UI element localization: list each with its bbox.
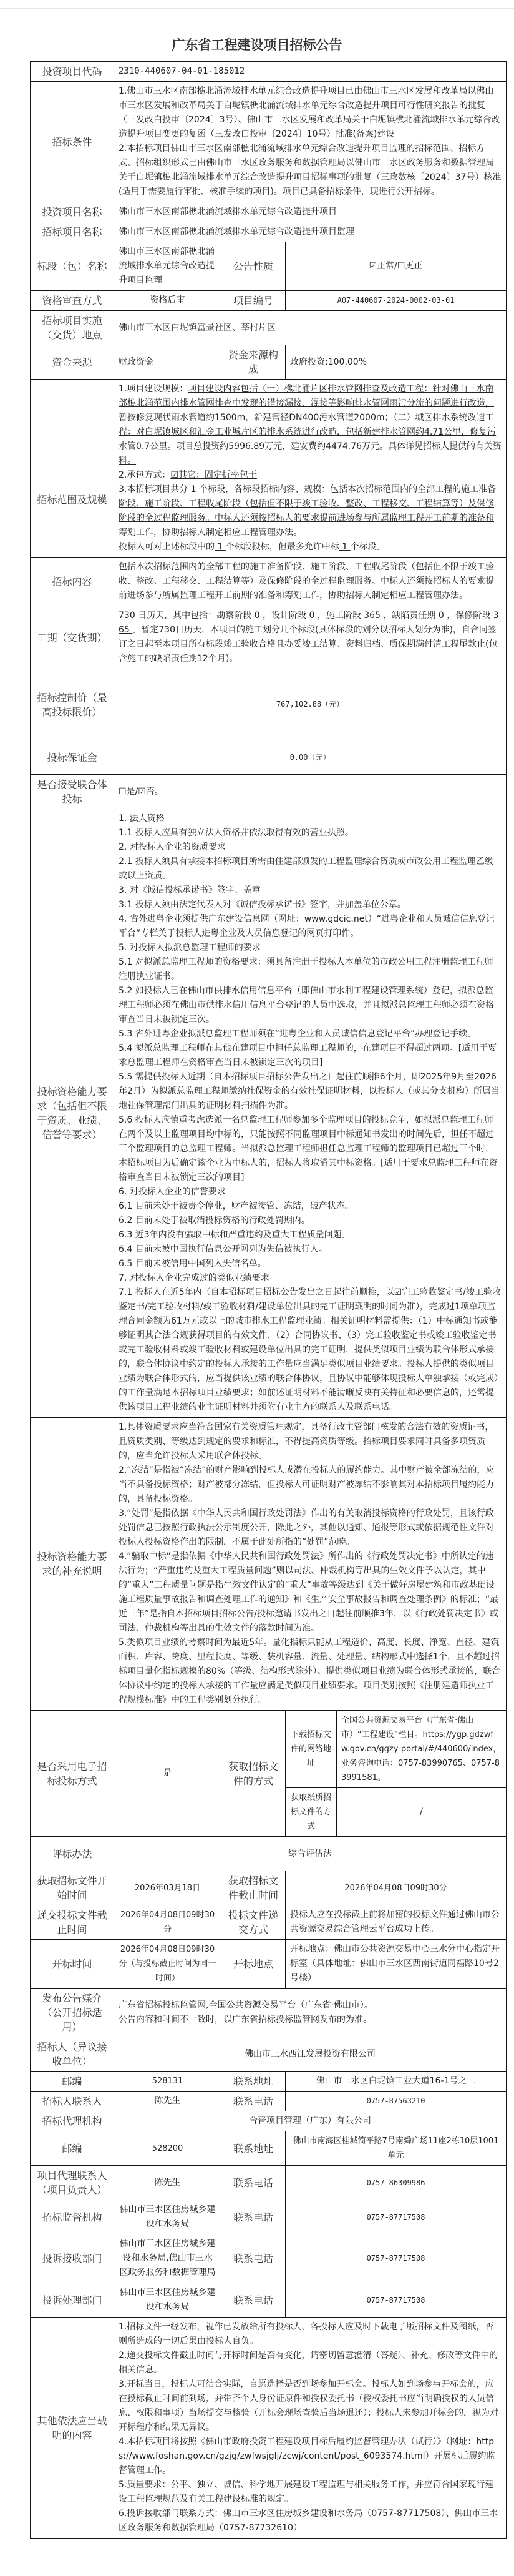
scope-p1: 1.项目建设规模：项目建设内容包括（一）樵北涌片区排水管网排查及改造工程：针对佛… [119, 382, 502, 468]
label-location: 招标项目实施（交货）地点 [31, 311, 114, 345]
label-qualification: 资格审查方式 [31, 291, 114, 311]
req-line: 6.2 目前未处于被取消投标资格的行政处罚期内。 [119, 1214, 502, 1228]
other-line: 2.递交投标文件截止时间与开标时间是否有变化，请密切留意澄清（答疑）、补充、修改… [119, 2349, 502, 2377]
label-duration: 工期（交货期） [31, 606, 114, 669]
value-scope: 1.项目建设规模：项目建设内容包括（一）樵北涌片区排水管网排查及改造工程：针对佛… [114, 380, 507, 558]
label-agency-phone: 联系电话 [221, 2166, 286, 2200]
row-content: 招标内容 包括本次招标范围内的全部工程的施工准备阶段、施工阶段、工程收尾阶段（包… [31, 558, 507, 606]
duration-t4: ，缺陷责任期 [383, 611, 435, 621]
scope-p1-body: 项目建设内容包括（一）樵北涌片区排水管网排查及改造工程：针对佛山三水南部樵北涌范… [119, 384, 502, 466]
value-deposit: 0.00（元） [114, 740, 507, 775]
value-tenderer-address: 佛山市三水区白坭镇工业大道16-1号之三 [286, 2072, 507, 2092]
value-duration: 730 日历天，其中包括：勘察阶段 0 ，设计阶段 0 ，施工阶段 365 ，缺… [114, 606, 507, 669]
value-agency-contact: 陈先生 [114, 2166, 221, 2200]
duration-t5: ，保修阶段 [447, 611, 490, 621]
value-tender-name: 佛山市三水区南部樵北涌流域排水单元综合改造提升项目监理 [114, 222, 507, 242]
value-agency-postcode: 528200 [114, 2131, 221, 2166]
value-complaint-handle: 佛山市三水区住房城乡建设和水务局 [114, 2283, 221, 2318]
scope-p1-prefix: 1.项目建设规模： [119, 384, 188, 394]
scope-p2-body: ☑其它：固定折率包干 [170, 470, 257, 480]
value-requirements: 1. 法人资格 1.1 投标人应具有独立法人资格并依法取得有效的营业执照。 2.… [114, 809, 507, 1418]
scope-p4: 投标人可对上述标段中的 1 个标段投标，但最多允许中标 1 个标段。 [119, 540, 502, 554]
req-line: 1.1 投标人应具有独立法人资格并依法取得有效的营业执照。 [119, 826, 502, 840]
row-supplement: 投标资格能力要求的补充说明 1.具体资质要求应当符合国家有关资质管理规定，具备行… [31, 1418, 507, 1711]
value-other: 1.招标文件一经发布，视作已发放给所有投标人，各投标人应及时下载电子版招标文件及… [114, 2318, 507, 2539]
req-line: 7.1 投标人在近5年内（自本招标项目招标公告发出之日起往前顺推，以☑完工验收鉴… [119, 1286, 502, 1415]
media-line-1: 广东省招标投标监管网,全国公共资源交易平台（广东省·佛山市）。 [119, 1998, 502, 2013]
label-agency-address: 联系地址 [221, 2131, 286, 2166]
label-supplement: 投标资格能力要求的补充说明 [31, 1418, 114, 1711]
value-agency-address: 佛山市南海区桂城简平路7号南舜广场11座2栋10层1001单元 [286, 2131, 507, 2166]
value-doc-start: 2026年03月18日 [114, 1871, 221, 1905]
other-line: 6.投诉接收部门联系方式：佛山市三水区住房城乡建设和水务局（0757-87717… [119, 2507, 502, 2535]
req-line: 6.4 目前未被中国执行信息公开网列为失信被执行人。 [119, 1242, 502, 1257]
row-agency: 招标代理机构 合晋项目管理（广东）有限公司 [31, 2111, 507, 2131]
label-funding: 资金来源 [31, 345, 114, 380]
duration-t3: ，施工阶段 [318, 611, 361, 621]
value-complaint-receive-phone: 0757-87717508 [286, 2234, 507, 2283]
value-content: 包括本次招标范围内的全部工程的施工准备阶段、施工阶段、工程收尾阶段（包括但不限于… [114, 558, 507, 606]
label-section: 标段（包）名称 [31, 242, 114, 291]
req-line: 5.4 拟派总监理工程师在其他在建项目中担任总监理工程师的，在建项目不得超过两项… [119, 1041, 502, 1070]
label-complaint-receive-phone: 联系电话 [221, 2234, 286, 2283]
row-agency-contact: 项目代理联系人（项目负责人） 陈先生 联系电话 0757-86309986 [31, 2166, 507, 2200]
value-location: 佛山市三水区白坭镇富景社区、莘村片区 [114, 311, 507, 345]
row-location: 招标项目实施（交货）地点 佛山市三水区白坭镇富景社区、莘村片区 [31, 311, 507, 345]
value-section: 佛山市三水区南部樵北涌流域排水单元综合改造提升项目监理 [114, 242, 221, 291]
req-line: 5.1 对拟派总监理工程师的资格要求：须具备注册于投标人本单位的市政公用工程注册… [119, 955, 502, 984]
scope-bid-sections: 1 [215, 542, 226, 552]
value-submit-deadline: 2026年04月08日09时30分 [114, 1905, 221, 1940]
row-tenderer-post: 邮编 528131 联系地址 佛山市三水区白坭镇工业大道16-1号之三 [31, 2072, 507, 2092]
label-media: 发布公告媒介（公开招标适用） [31, 1989, 114, 2037]
duration-t1: 日历天，其中包括：勘察阶段 [135, 611, 251, 621]
scope-p3-a: 3.本招标项目共分 [119, 484, 188, 494]
notice-table: 投资项目代码 2310-440607-04-01-185012 招标条件 1.佛… [30, 61, 507, 2539]
row-doc-time: 获取招标文件开始时间 2026年03月18日 获取招标文件截止时间 2026年0… [31, 1871, 507, 1905]
duration-construction: 365 [361, 611, 384, 621]
label-submit-method: 投标文件递交方式 [221, 1905, 286, 1940]
value-submit-method: 投标人应在投标截止前将加密的投标文件通过佛山市公共资源交易综合管理云平台成功上传… [286, 1905, 507, 1940]
scope-p2-prefix: 2.承包方式： [119, 470, 170, 480]
row-complaint-handle: 投诉处理部门 佛山市三水区住房城乡建设和水务局 联系电话 0757-877175… [31, 2283, 507, 2318]
row-conditions: 招标条件 1.佛山市三水区南部樵北涌流域排水单元综合改造提升项目已由佛山市三水区… [31, 82, 507, 202]
value-complaint-handle-phone: 0757-87717508 [286, 2283, 507, 2318]
supplement-line: 1.具体资质要求应当符合国家有关资质管理规定，具备行政主管部门核发的合法有效的资… [119, 1420, 502, 1463]
label-notice-nature: 公告性质 [221, 242, 286, 291]
value-electronic: 是 [114, 1711, 221, 1837]
req-line: 5. 对投标人拟派总监理工程师的要求 [119, 941, 502, 955]
label-consortium: 是否接受联合体投标 [31, 775, 114, 809]
row-funding: 资金来源 财政资金 资金来源构成 政府投资:100.00% [31, 345, 507, 380]
label-paper-method: 获取纸质招标文件的方式 [286, 1788, 337, 1837]
req-line: 5.2 如投标人已在佛山市供排水信用信息平台（即佛山市水利工程建设管理系统）登记… [119, 984, 502, 1027]
page-bottom-spacer [0, 2539, 514, 2576]
supplement-line: 4.“骗取中标”是指依据《中华人民共和国行政处罚法》所作出的《行政处罚决定书》中… [119, 1550, 502, 1636]
media-line-2: 公告内容和时间不一致时，以广东省招标投标监管网发布的为准。 [119, 2013, 502, 2027]
value-agency-phone: 0757-86309986 [286, 2166, 507, 2200]
label-evaluation: 评标办法 [31, 1837, 114, 1871]
value-evaluation: 综合评估法 [114, 1837, 507, 1871]
req-line: 4. 省外进粤企业须提供广东建设信息网（网址：www.gdcic.net）“进粤… [119, 912, 502, 941]
label-investment-name: 投资项目名称 [31, 202, 114, 222]
scope-section-count: 1 [188, 484, 199, 494]
value-supplement: 1.具体资质要求应当符合国家有关资质管理规定，具备行政主管部门核发的合法有效的资… [114, 1418, 507, 1711]
value-tenderer-contact: 陈先生 [114, 2092, 221, 2111]
row-requirements: 投标资格能力要求（包括但不限于资质、业绩、信誉等要求） 1. 法人资格 1.1 … [31, 809, 507, 1418]
label-complaint-handle: 投诉处理部门 [31, 2283, 114, 2318]
label-supervision: 招标监督机构 [31, 2200, 114, 2234]
req-line: 2. 对投标人企业的资质要求 [119, 840, 502, 855]
supplement-line: 5.类似项目业绩的考察时间为最近5年。量化指标只能从工程造价、高度、长度、净宽、… [119, 1636, 502, 1708]
label-complaint-handle-phone: 联系电话 [221, 2283, 286, 2318]
row-other: 其他依法应当载明的内容 1.招标文件一经发布，视作已发放给所有投标人，各投标人应… [31, 2318, 507, 2539]
value-tenderer-postcode: 528131 [114, 2072, 221, 2092]
label-complaint-receive: 投诉接收部门 [31, 2234, 114, 2283]
row-control-price: 招标控制价（最高投标限价） 767,102.88（元） [31, 669, 507, 740]
row-consortium: 是否接受联合体投标 ☐是/☑否。 [31, 775, 507, 809]
scope-p2: 2.承包方式：☑其它：固定折率包干 [119, 468, 502, 483]
supplement-line: 3.“处罚”是指依据《中华人民共和国行政处罚法》作出的有关取消投标资格的行政处罚… [119, 1507, 502, 1550]
value-funding-composition: 政府投资:100.00% [286, 345, 507, 380]
row-evaluation: 评标办法 综合评估法 [31, 1837, 507, 1871]
value-supervision: 佛山市三水区住房城乡建设和水务局 [114, 2200, 221, 2234]
req-line: 6.5 目前未被信用中国列入失信名单。 [119, 1257, 502, 1271]
row-qualification: 资格审查方式 资格后审 项目编号 A07-440607-2024-0002-03… [31, 291, 507, 311]
value-opening-place: 开标地点：佛山市公共资源交易中心三水分中心指定开标室（具体地址：佛山市三水区西南… [286, 1940, 507, 1989]
label-deposit: 投标保证金 [31, 740, 114, 775]
label-tender-name: 招标项目名称 [31, 222, 114, 242]
label-tenderer: 招标人（异议接收单位） [31, 2037, 114, 2072]
req-line: 5.6 投标人应慎重考虑选派一名总监理工程师参加多个监理项目的投标竞争，如拟派总… [119, 1113, 502, 1185]
row-agency-post: 邮编 528200 联系地址 佛山市南海区桂城简平路7号南舜广场11座2栋10层… [31, 2131, 507, 2166]
value-paper-method: / [337, 1788, 507, 1837]
label-scope: 招标范围及规模 [31, 380, 114, 558]
label-electronic: 是否采用电子招标投标方式 [31, 1711, 114, 1837]
label-agency: 招标代理机构 [31, 2111, 114, 2131]
row-duration: 工期（交货期） 730 日历天，其中包括：勘察阶段 0 ，设计阶段 0 ，施工阶… [31, 606, 507, 669]
label-submit-deadline: 递交投标文件截止时间 [31, 1905, 114, 1940]
label-tenderer-postcode: 邮编 [31, 2072, 114, 2092]
value-supervision-phone: 0757-87717508 [286, 2200, 507, 2234]
value-consortium: ☐是/☑否。 [114, 775, 507, 809]
label-download-address: 下载招标文件的网络地址 [286, 1711, 337, 1788]
label-agency-postcode: 邮编 [31, 2131, 114, 2166]
scope-p3: 3.本招标项目共分 1 个标段，各标段招标内容、规模：包括本次招标范围内的全部工… [119, 483, 502, 540]
row-investment-name: 投资项目名称 佛山市三水区南部樵北涌流域排水单元综合改造提升项目 [31, 202, 507, 222]
duration-defect: 0 [435, 611, 447, 621]
req-line: 6.1 目前未处于被责令停业，财产被接管、冻结，破产状态。 [119, 1199, 502, 1214]
value-opening-time: 2026年04月08日09时30分（与投标截止时间为同一时间） [114, 1940, 221, 1989]
label-tenderer-address: 联系地址 [221, 2072, 286, 2092]
scope-win-sections: 1 [339, 542, 351, 552]
row-media: 发布公告媒介（公开招标适用） 广东省招标投标监管网,全国公共资源交易平台（广东省… [31, 1989, 507, 2037]
other-line: 5.质量要求：公平、独立、诚信、科学地开展建设工程监理与相关服务工作，并应符合国… [119, 2478, 502, 2507]
label-supervision-phone: 联系电话 [221, 2200, 286, 2234]
req-line: 3.1 投标人须由法定代表人对《诚信投标承诺书》签字，并加盖单位公章。 [119, 898, 502, 912]
row-scope: 招标范围及规模 1.项目建设规模：项目建设内容包括（一）樵北涌片区排水管网排查及… [31, 380, 507, 558]
label-opening-place: 开标地点 [221, 1940, 286, 1989]
label-tenderer-contact: 招标人联系人 [31, 2092, 114, 2111]
duration-days: 730 [119, 611, 135, 621]
other-line: 1.招标文件一经发布，视作已发放给所有投标人，各投标人应及时下载电子版招标文件及… [119, 2320, 502, 2349]
value-qualification: 资格后审 [114, 291, 221, 311]
row-complaint-receive: 投诉接收部门 佛山市三水区住房城乡建设和水务局,佛山市三水区政务服务和数据管理局… [31, 2234, 507, 2283]
row-tenderer: 招标人（异议接收单位） 佛山市三水西江发展投资有限公司 [31, 2037, 507, 2072]
page-title: 广东省工程建设项目招标公告 [0, 36, 514, 54]
value-control-price: 767,102.88（元） [114, 669, 507, 740]
req-line: 5.5 需提供投标人近期（自本招标项目招标公告发出之日起往前顺推6个月，即202… [119, 1070, 502, 1113]
row-section: 标段（包）名称 佛山市三水区南部樵北涌流域排水单元综合改造提升项目监理 公告性质… [31, 242, 507, 291]
row-supervision: 招标监督机构 佛山市三水区住房城乡建设和水务局 联系电话 0757-877175… [31, 2200, 507, 2234]
label-other: 其他依法应当载明的内容 [31, 2318, 114, 2539]
scope-p3-b: 个标段，各标段招标内容、规模： [199, 484, 330, 494]
label-control-price: 招标控制价（最高投标限价） [31, 669, 114, 740]
req-line: 3. 对《诚信投标承诺书》签字、盖章 [119, 883, 502, 898]
label-agency-contact: 项目代理联系人（项目负责人） [31, 2166, 114, 2200]
value-notice-nature: ☑正常/☐更正 [286, 242, 507, 291]
req-line: 5.3 省外进粤企业拟派总监理工程师须在“进粤企业和人员诚信信息登记平台”办理登… [119, 1027, 502, 1041]
req-line: 6. 对投标人企业的信誉要求 [119, 1185, 502, 1199]
duration-t2: ，设计阶段 [263, 611, 306, 621]
label-project-code: 投资项目代码 [31, 62, 114, 82]
value-download-address[interactable]: 全国公共资源交易平台（广东省·佛山市）“工程建设”栏目。https://ygp.… [337, 1711, 507, 1788]
other-line: 3.开标当日，投标人可结合实际，自愿选择是否到场参加开标会。投标人如到场参与开标… [119, 2377, 502, 2435]
scope-p4-c: 个标段。 [351, 542, 385, 552]
label-content: 招标内容 [31, 558, 114, 606]
value-media: 广东省招标投标监管网,全国公共资源交易平台（广东省·佛山市）。 公告内容和时间不… [114, 1989, 507, 2037]
condition-1: 1.佛山市三水区南部樵北涌流域排水单元综合改造提升项目已由佛山市三水区发展和改革… [119, 84, 502, 142]
req-line: 6.3 近3年内没有骗取中标和严重违约及重大工程质量问题。 [119, 1228, 502, 1242]
value-conditions: 1.佛山市三水区南部樵北涌流域排水单元综合改造提升项目已由佛山市三水区发展和改革… [114, 82, 507, 202]
value-doc-end: 2026年04月08日09时30分 [286, 1871, 507, 1905]
label-doc-end: 获取招标文件截止时间 [221, 1871, 286, 1905]
duration-t6: 。暂定730日历天，本项目的施工划分几个标段(具体标段的划分以招标人划分为准)，… [119, 625, 497, 664]
row-submit: 递交投标文件截止时间 2026年04月08日09时30分 投标文件递交方式 投标… [31, 1905, 507, 1940]
supplement-line: 2.“冻结”是指被“冻结”的财产影响到投标人或潜在投标人的履约能力。其中财产被全… [119, 1463, 502, 1507]
scope-p4-b: 个标段投标，但最多允许中标 [226, 542, 339, 552]
label-doc-start: 获取招标文件开始时间 [31, 1871, 114, 1905]
row-electronic-download: 是否采用电子招标投标方式 是 获取招标文件的方式 下载招标文件的网络地址 全国公… [31, 1711, 507, 1788]
label-doc-method: 获取招标文件的方式 [221, 1711, 286, 1837]
row-tender-name: 招标项目名称 佛山市三水区南部樵北涌流域排水单元综合改造提升项目监理 [31, 222, 507, 242]
row-project-code: 投资项目代码 2310-440607-04-01-185012 [31, 62, 507, 82]
duration-design: 0 [306, 611, 318, 621]
label-tenderer-phone: 联系电话 [221, 2092, 286, 2111]
row-deposit: 投标保证金 0.00（元） [31, 740, 507, 775]
label-opening-time: 开标时间 [31, 1940, 114, 1989]
duration-survey: 0 [251, 611, 263, 621]
row-opening: 开标时间 2026年04月08日09时30分（与投标截止时间为同一时间） 开标地… [31, 1940, 507, 1989]
label-funding-composition: 资金来源构成 [221, 345, 286, 380]
page-top-divider [0, 0, 514, 9]
value-project-code: 2310-440607-04-01-185012 [114, 62, 507, 82]
value-tenderer-phone: 0757-87563210 [286, 2092, 507, 2111]
scope-p4-a: 投标人可对上述标段中的 [119, 542, 215, 552]
req-line: 7. 对投标人企业完成过的类似业绩要求 [119, 1271, 502, 1286]
value-project-number: A07-440607-2024-0002-03-01 [286, 291, 507, 311]
value-funding: 财政资金 [114, 345, 221, 380]
req-line: 1. 法人资格 [119, 812, 502, 826]
label-project-number: 项目编号 [221, 291, 286, 311]
label-requirements: 投标资格能力要求（包括但不限于资质、业绩、信誉等要求） [31, 809, 114, 1418]
row-tenderer-contact: 招标人联系人 陈先生 联系电话 0757-87563210 [31, 2092, 507, 2111]
condition-2: 2.本招标项目佛山市三水区南部樵北涌流域排水单元综合改造提升项目监理的招标范围、… [119, 142, 502, 199]
value-agency: 合晋项目管理（广东）有限公司 [114, 2111, 507, 2131]
value-complaint-receive: 佛山市三水区住房城乡建设和水务局,佛山市三水区政务服务和数据管理局 [114, 2234, 221, 2283]
value-tenderer: 佛山市三水西江发展投资有限公司 [114, 2037, 507, 2072]
value-investment-name: 佛山市三水区南部樵北涌流域排水单元综合改造提升项目 [114, 202, 507, 222]
other-line-with-link[interactable]: 4.本招标项目将按照《佛山市政府投资工程建设项目标后履约监督管理办法（试行）》（… [119, 2435, 502, 2478]
req-line: 2.1 投标人须具有承接本招标项目所需由住建部颁发的工程监理综合资质或市政公用工… [119, 855, 502, 883]
label-conditions: 招标条件 [31, 82, 114, 202]
